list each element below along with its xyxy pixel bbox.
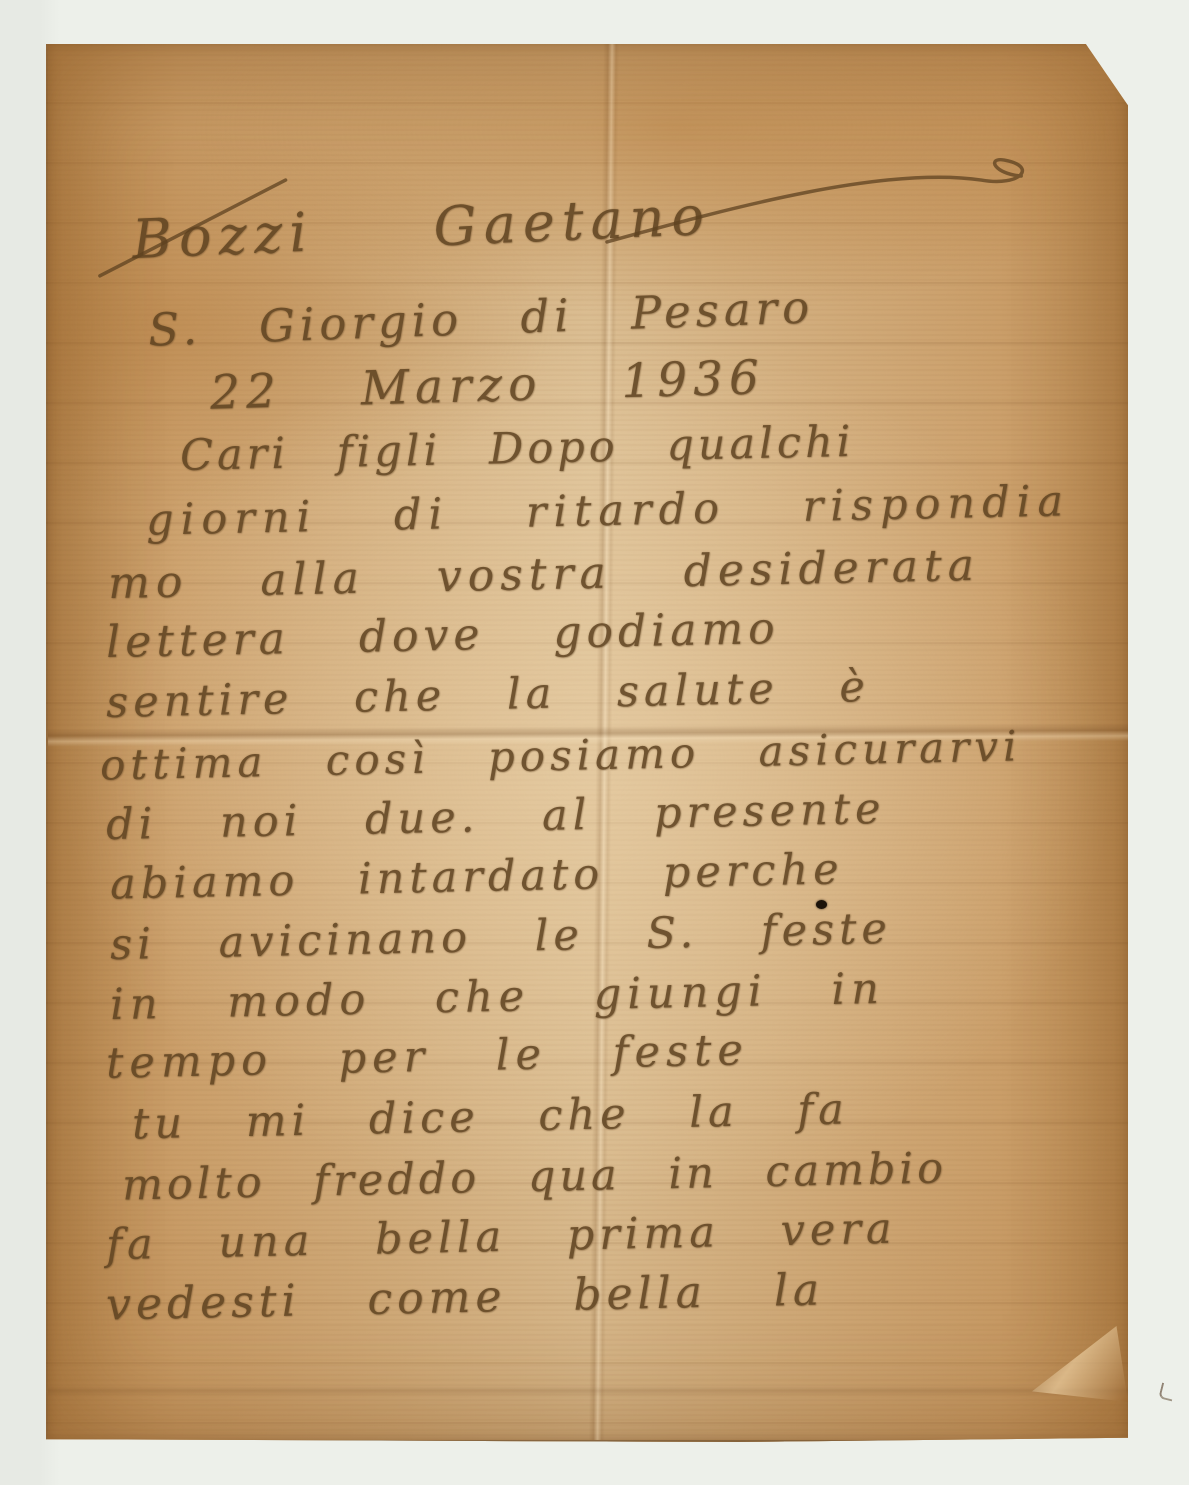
letter-body-line: tu mi dice che la fa [132,1084,850,1149]
scanner-background: { "colors": { "scanner_background": "#ed… [0,0,1189,1485]
letter-date-line: 22 Marzo 1936 [209,350,765,420]
letter-body-line: di noi due. al presente [106,784,886,850]
letter-body-line: lettera dove godiamo [106,603,781,668]
letter-body-line: in modo che giungi in [110,964,886,1030]
letter-body-line: molto freddo qua in cambio [122,1143,948,1210]
corner-fold [1032,1326,1128,1402]
letter-body-line: Cari figli Dopo qualchi [180,417,855,481]
letter-body-line: fa una bella prima vera [106,1204,897,1271]
letter-body-line: mo alla vostra desiderata [108,540,981,609]
letter-body-line: sentire che la salute è [106,662,871,728]
letter-body-line: tempo per le feste [106,1025,750,1088]
lower-fold-crease [48,1386,1128,1396]
letter-body-line: vedesti come bella la [106,1264,825,1330]
letter-body-line: si avicinano le S. feste [110,904,893,970]
letter-body-line: giorni di ritardo rispondia [146,476,1071,545]
letter-body-line: abiamo intardato perche [110,844,844,909]
letter-place-line: S. Giorgio di Pesaro [147,280,815,356]
letter-sender-line: Bozzi Gaetano [131,184,712,271]
letter-page: Bozzi Gaetano S. Giorgio di Pesaro 22 Ma… [46,44,1128,1442]
edge-mark [1158,1383,1175,1402]
ink-blot [816,900,827,909]
